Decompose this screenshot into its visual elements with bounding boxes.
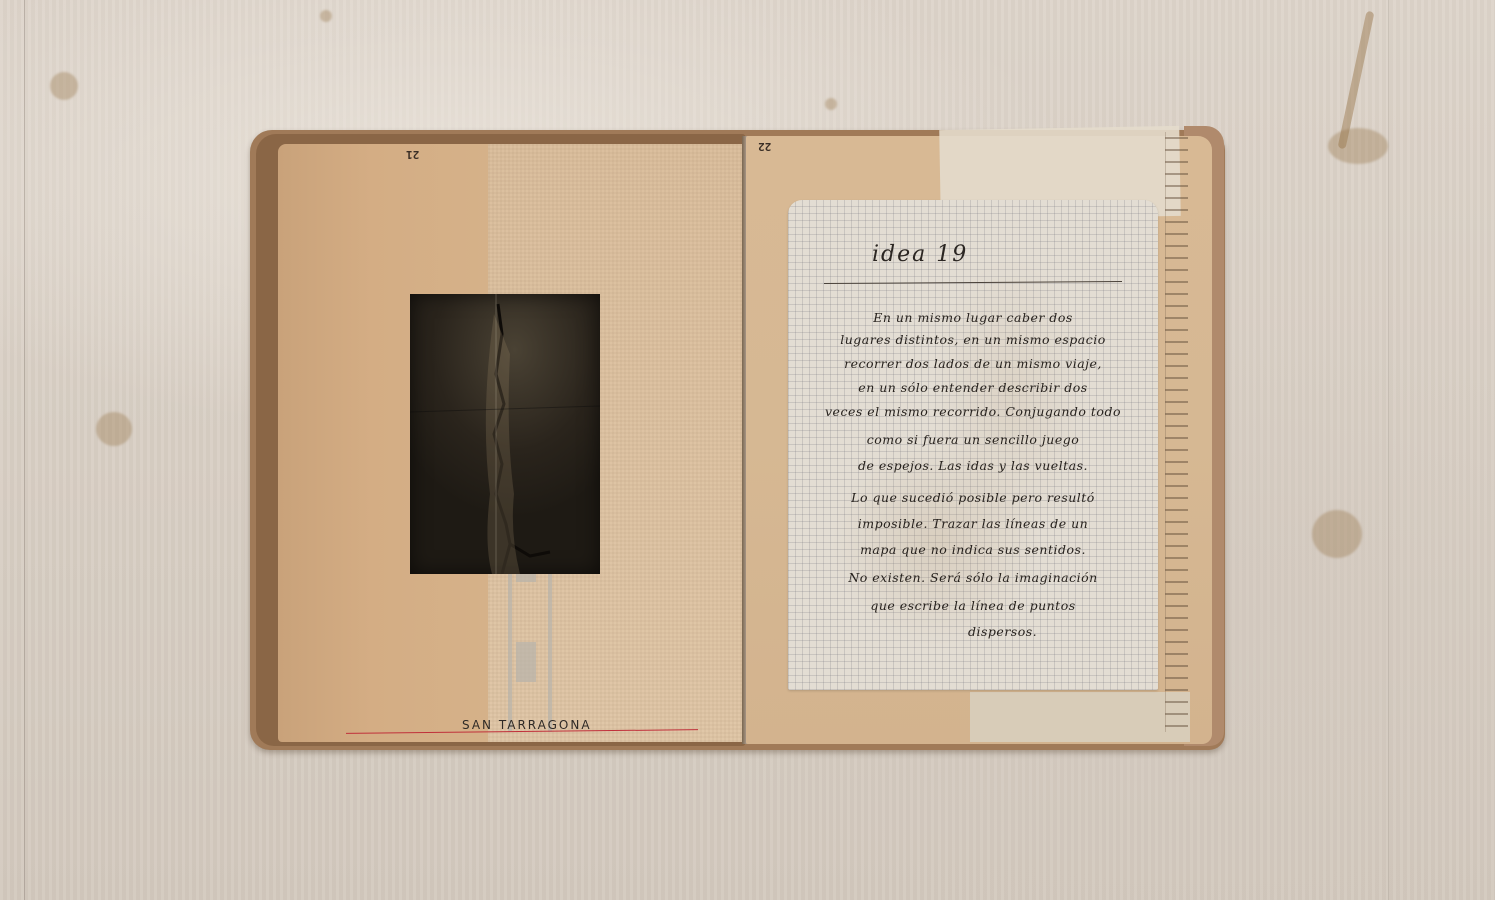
open-notebook: 21 SAN TARRAGONA 22 idea 19 En un mismo … [250,122,1225,752]
note-line: recorrer dos lados de un mismo viaje, [808,356,1138,371]
note-line: dispersos. [968,624,1138,639]
coffee-stain [96,412,132,446]
note-line: que escribe la línea de puntos [808,598,1138,613]
note-title: idea 19 [872,242,968,267]
cracked-surface-photo [410,294,600,574]
wood-grain-line [1388,0,1389,900]
note-line: de espejos. Las idas y las vueltas. [808,458,1138,473]
coffee-stain [825,98,837,110]
page-number-right: 22 [758,140,771,153]
note-line: veces el mismo recorrido. Conjugando tod… [808,404,1138,419]
note-line: No existen. Será sólo la imaginación [808,570,1138,585]
signature-text: SAN TARRAGONA [462,718,592,732]
spiral-binding-edge [1165,132,1188,732]
coffee-stain [1312,510,1362,558]
crack-illustration [410,294,600,574]
note-line: mapa que no indica sus sentidos. [808,542,1138,557]
grid-paper-note: idea 19 En un mismo lugar caber dos luga… [788,200,1158,690]
coffee-stain [1328,128,1388,164]
note-line: Lo que sucedió posible pero resultó [808,490,1138,505]
wood-grain-line [24,0,25,900]
film-strip-imprint [508,562,552,732]
coffee-stain [50,72,78,100]
note-line: En un mismo lugar caber dos [808,310,1138,325]
title-underline [824,281,1122,284]
note-line: lugares distintos, en un mismo espacio [808,332,1138,347]
note-line: como si fuera un sencillo juego [808,432,1138,447]
bottom-blue-note [970,692,1190,742]
note-line: en un sólo entender describir dos [808,380,1138,395]
coffee-stain [320,10,332,22]
page-number-left: 21 [406,148,419,161]
note-line: imposible. Trazar las líneas de un [808,516,1138,531]
